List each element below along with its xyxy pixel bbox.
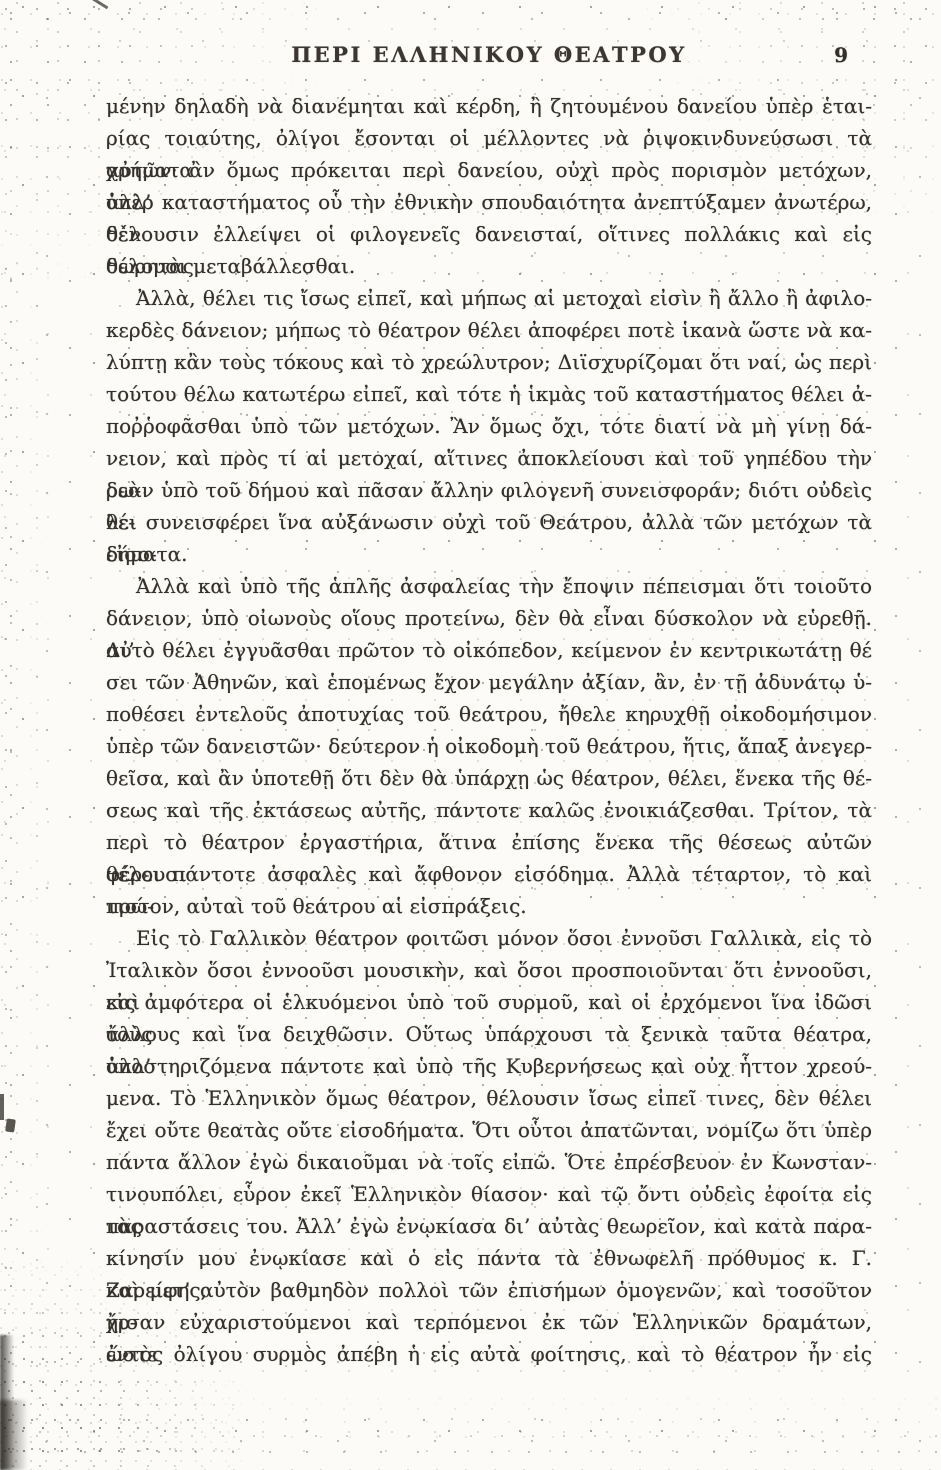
ink-streak-bottom-left [0,1335,14,1470]
paragraph: Εἰς τὸ Γαλλικὸν θέατρον φοιτῶσι μόνον ὅσ… [106,922,872,1370]
page-header: ΠΕΡΙ ΕΛΛΗΝΙΚΟΥ ΘΕΑΤΡΟΥ 9 [106,42,872,67]
text-line: περὶ τὸ θέατρον ἐργαστήρια, ἅτινα ἐπίσης… [106,826,872,858]
text-line: κερδὲς δάνειον; μήπως τὸ θέατρον θέλει ἀ… [106,314,872,346]
text-line: ὑποστηριζόμενα πάντοτε καὶ ὑπὸ τῆς Κυβερ… [106,1050,872,1082]
page-number: 9 [834,43,848,67]
page-title: ΠΕΡΙ ΕΛΛΗΝΙΚΟΥ ΘΕΑΤΡΟΥ [291,42,686,67]
text-line: καὶ μετ’ αὐτὸν βαθμηδὸν πολλοὶ τῶν ἐπισή… [106,1274,872,1306]
text-line: τούτου θέλω κατωτέρω εἰπεῖ, καὶ τότε ἡ ἱ… [106,378,872,410]
scan-smudge-bottom-edge [0,1390,941,1470]
text-line: φέρει πάντοτε ἀσφαλὲς καὶ ἄφθονον εἰσόδη… [106,858,872,890]
text-line: παραστάσεις του. Ἀλλ’ ἐγὼ ἐνῳκίασα δι’ α… [106,1210,872,1242]
text-line: μένην δηλαδὴ νὰ διανέμηται καὶ κέρδη, ἢ … [106,90,872,122]
text-line: θέλουσι μεταβάλλεσθαι. [106,250,872,282]
paragraph: Ἀλλὰ, θέλει τις ἴσως εἰπεῖ, καὶ μήπως αἱ… [106,282,872,570]
text-line: ὑπὲρ καταστήματος οὗ τὴν ἐθνικὴν σπουδαι… [106,186,872,218]
text-line: ρεὰν ὑπὸ τοῦ δήμου καὶ πᾶσαν ἄλλην φιλογ… [106,474,872,506]
text-line: ἐντὸς ὀλίγου συρμὸς ἀπέβη ἡ εἰς αὐτὰ φοί… [106,1338,872,1370]
text-line: ἄλλους καὶ ἵνα δειχθῶσιν. Οὕτως ὑπάρχουσ… [106,1018,872,1050]
text-line: δήματα. [106,538,872,570]
ink-mark-left-edge [0,1094,4,1120]
text-line: Ἀλλὰ, θέλει τις ἴσως εἰπεῖ, καὶ μήπως αἱ… [106,282,872,314]
text-line: νειον, καὶ πρὸς τί αἱ μετοχαί, αἵτινες ἀ… [106,442,872,474]
text-line: τινουπόλει, εὗρον ἐκεῖ Ἑλληνικὸν θίασον·… [106,1178,872,1210]
paragraph: Ἀλλὰ καὶ ὑπὸ τῆς ἁπλῆς ἀσφαλείας τὴν ἔπο… [106,570,872,922]
text-line: αὐτὸ θέλει ἐγγυᾶσθαι πρῶτον τὸ οἰκόπεδον… [106,634,872,666]
text-line: δάνειον, ὑπὸ οἰωνοὺς οἵους προτείνω, δὲν… [106,602,872,634]
text-line: κίνησίν μου ἐνῳκίασε καὶ ὁ εἰς πάντα τὰ … [106,1242,872,1274]
ink-mark-left [5,1118,16,1132]
text-line: Εἰς τὸ Γαλλικὸν θέατρον φοιτῶσι μόνον ὅσ… [106,922,872,954]
ink-mark-top [93,0,109,9]
text-line: εἰς ἀμφότερα οἱ ἑλκυόμενοι ὑπὸ τοῦ συρμο… [106,986,872,1018]
text-line: θέλουσιν ἐλλείψει οἱ φιλογενεῖς δανειστα… [106,218,872,250]
text-line: χισαν εὐχαριστούμενοι καὶ τερπόμενοι ἐκ … [106,1306,872,1338]
text-line: θεῖσα, καὶ ἂν ὑποτεθῇ ὅτι δὲν θὰ ὑπάρχῃ … [106,762,872,794]
text-line: ποῤῥοφᾶσθαι ὑπὸ τῶν μετόχων. Ἂν ὅμως ὄχι… [106,410,872,442]
text-line: πάντα ἄλλον ἐγὼ δικαιοῦμαι νὰ τοῖς εἰπῶ.… [106,1146,872,1178]
text-line: ρίας τοιαύτης, ὀλίγοι ἔσονται οἱ μέλλοντ… [106,122,872,154]
text-line: ἔχει οὔτε θεατὰς οὔτε εἰσοδήματα. Ὅτι οὗ… [106,1114,872,1146]
text-line: λει συνεισφέρει ἵνα αὐξάνωσιν οὐχὶ τοῦ Θ… [106,506,872,538]
paragraph: μένην δηλαδὴ νὰ διανέμηται καὶ κέρδη, ἢ … [106,90,872,282]
text-line: σεως καὶ τῆς ἐκτάσεως αὐτῆς, πάντοτε καλ… [106,794,872,826]
text-block: μένην δηλαδὴ νὰ διανέμηται καὶ κέρδη, ἢ … [106,90,872,1370]
text-line: ποθέσει ἐντελοῦς ἀποτυχίας τοῦ θεάτρου, … [106,698,872,730]
text-line: Ἀλλὰ καὶ ὑπὸ τῆς ἁπλῆς ἀσφαλείας τὴν ἔπο… [106,570,872,602]
text-line: σει τῶν Ἀθηνῶν, καὶ ἑπομένως ἔχον μεγάλη… [106,666,872,698]
text-line: αὐτῶν· ἂν ὅμως πρόκειται περὶ δανείου, ο… [106,154,872,186]
ink-streak-bottom-left-2 [0,1400,28,1470]
scanned-book-page: ΠΕΡΙ ΕΛΛΗΝΙΚΟΥ ΘΕΑΤΡΟΥ 9 μένην δηλαδὴ νὰ… [0,0,941,1470]
text-line: ὑπὲρ τῶν δανειστῶν· δεύτερον ἡ οἰκοδομὴ … [106,730,872,762]
scan-smudge-left-edge [0,260,52,1270]
text-line: λύπτῃ κἂν τοὺς τόκους καὶ τὸ χρεώλυτρον;… [106,346,872,378]
text-line: μενα. Τὸ Ἑλληνικὸν ὅμως θέατρον, θέλουσι… [106,1082,872,1114]
text-line: τιστον, αὐταὶ τοῦ θεάτρου αἱ εἰσπράξεις. [106,890,872,922]
text-line: Ἰταλικὸν ὅσοι ἐννοοῦσι μουσικὴν, καὶ ὅσο… [106,954,872,986]
